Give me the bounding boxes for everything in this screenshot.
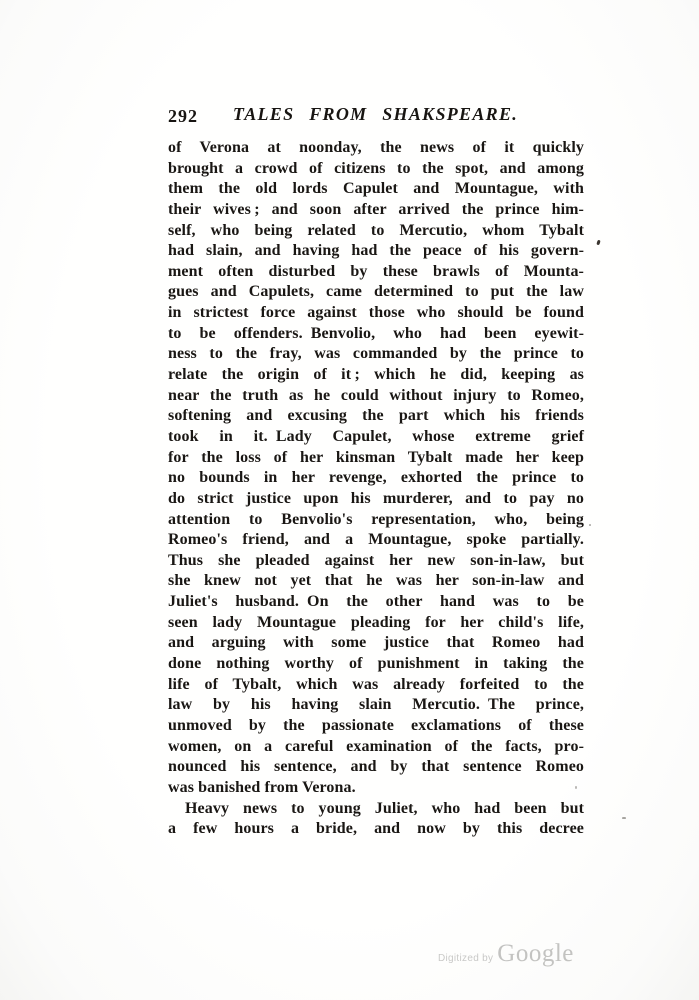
text-line: near the truth as he could without injur…: [168, 386, 584, 407]
text-line: Heavy news to young Juliet, who had been…: [168, 799, 584, 820]
text-line: was banished from Verona.: [168, 778, 584, 799]
text-line: ment often disturbed by these brawls of …: [168, 262, 584, 283]
text-line: Romeo's friend, and a Mountague, spoke p…: [168, 530, 584, 551]
text-line: do strict justice upon his murderer, and…: [168, 489, 584, 510]
text-line: for the loss of her kinsman Tybalt made …: [168, 448, 584, 469]
text-line: Juliet's husband. On the other hand was …: [168, 592, 584, 613]
text-line: had slain, and having had the peace of h…: [168, 241, 584, 262]
text-line: took in it. Lady Capulet, whose extreme …: [168, 427, 584, 448]
text-line: women, on a careful examination of the f…: [168, 737, 584, 758]
scan-speck: [596, 240, 600, 246]
text-line: done nothing worthy of punishment in tak…: [168, 654, 584, 675]
text-line: their wives ; and soon after arrived the…: [168, 200, 584, 221]
digitized-by-label: Digitized by: [438, 953, 493, 964]
text-line: no bounds in her revenge, exhorted the p…: [168, 468, 584, 489]
text-line: law by his having slain Mercutio. The pr…: [168, 695, 584, 716]
text-line: self, who being related to Mercutio, who…: [168, 221, 584, 242]
google-logo: Google: [497, 940, 574, 968]
text-line: life of Tybalt, which was already forfei…: [168, 675, 584, 696]
text-line: seen lady Mountague pleading for her chi…: [168, 613, 584, 634]
text-line: attention to Benvolio's representation, …: [168, 510, 584, 531]
text-line: in strictest force against those who sho…: [168, 303, 584, 324]
text-line: gues and Capulets, came determined to pu…: [168, 282, 584, 303]
running-header: 292 TALES FROM SHAKSPEARE.: [168, 104, 583, 128]
text-line: unmoved by the passionate exclamations o…: [168, 716, 584, 737]
watermark: Digitized by Google: [438, 940, 574, 968]
text-line: of Verona at noonday, the news of it qui…: [168, 138, 584, 159]
text-line: ness to the fray, was commanded by the p…: [168, 344, 584, 365]
text-line: to be offenders. Benvolio, who had been …: [168, 324, 584, 345]
book-page: 292 TALES FROM SHAKSPEARE. of Verona at …: [0, 0, 699, 1000]
running-header-title: TALES FROM SHAKSPEARE.: [168, 104, 583, 125]
page-text: of Verona at noonday, the news of it qui…: [168, 138, 584, 840]
text-line: Thus she pleaded against her new son-in-…: [168, 551, 584, 572]
text-line: relate the origin of it ; which he did, …: [168, 365, 584, 386]
scan-speck: [575, 786, 577, 789]
scan-speck: [589, 524, 591, 526]
text-line: a few hours a bride, and now by this dec…: [168, 819, 584, 840]
text-line: nounced his sentence, and by that senten…: [168, 757, 584, 778]
text-line: she knew not yet that he was her son-in-…: [168, 571, 584, 592]
scan-speck: [622, 817, 626, 819]
text-line: brought a crowd of citizens to the spot,…: [168, 159, 584, 180]
text-line: softening and excusing the part which hi…: [168, 406, 584, 427]
text-line: them the old lords Capulet and Mountague…: [168, 179, 584, 200]
text-line: and arguing with some justice that Romeo…: [168, 633, 584, 654]
